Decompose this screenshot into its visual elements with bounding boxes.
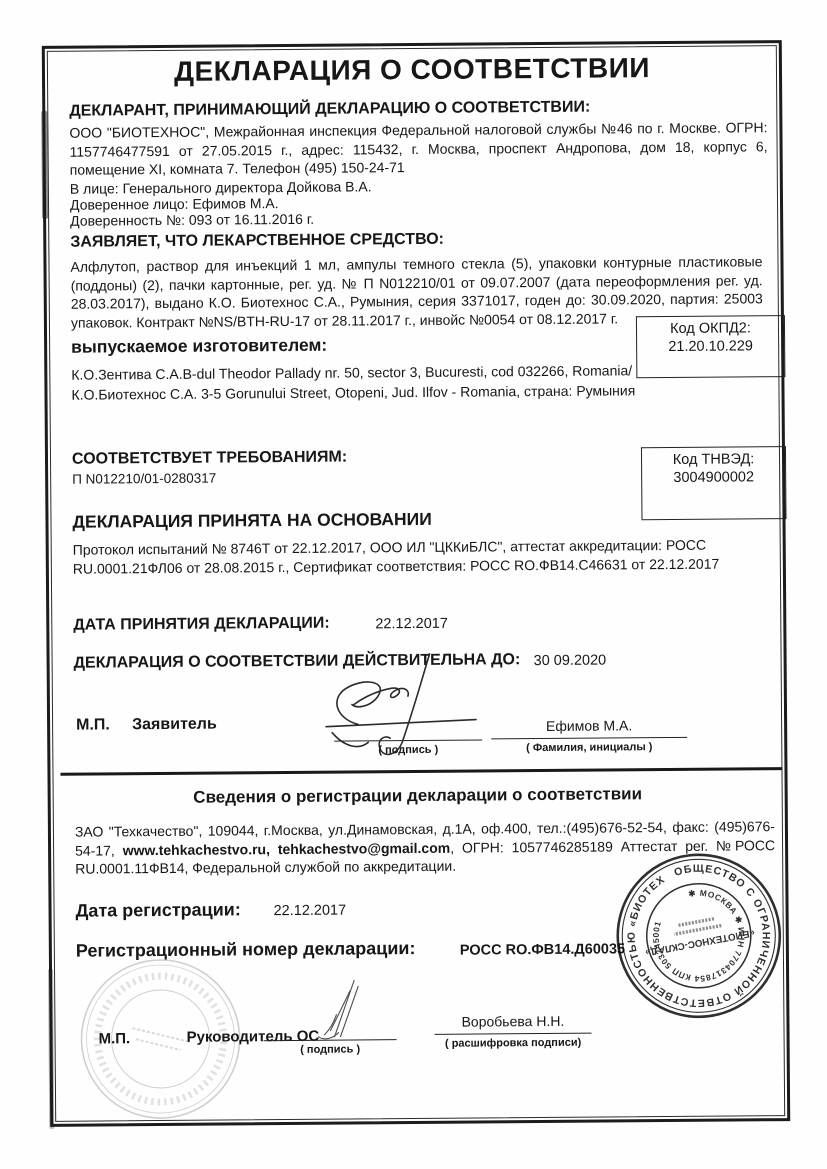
conformity-value: П N012210/01-0280317	[72, 471, 216, 488]
tnved-code-box: Код ТНВЭД: 3004900002	[641, 446, 787, 520]
basis-body: Протокол испытаний № 8746Т от 22.12.2017…	[73, 535, 773, 577]
declarant-heading: ДЕКЛАРАНТ, ПРИНИМАЮЩИЙ ДЕКЛАРАЦИЮ О СООТ…	[69, 99, 590, 121]
product-heading: ЗАЯВЛЯЕТ, ЧТО ЛЕКАРСТВЕННОЕ СРЕДСТВО:	[70, 231, 444, 252]
okpd2-code-box: Код ОКПД2: 21.20.10.229	[636, 315, 785, 378]
scan-smudge-artifact	[41, 111, 48, 219]
scanned-declaration-document: ДЕКЛАРАЦИЯ О СООТВЕТСТВИИ ДЕКЛАРАНТ, ПРИ…	[0, 0, 827, 1169]
registration-number-value: РОСС RO.ФВ14.Д60035	[460, 941, 625, 958]
signature1-name: Ефимов М.А.	[491, 717, 687, 735]
seal-place-label-2: М.П.	[99, 1030, 131, 1047]
okpd2-label: Код ОКПД2:	[637, 319, 784, 338]
section-divider	[60, 767, 782, 776]
document-title: ДЕКЛАРАЦИЯ О СООТВЕТСТВИИ	[45, 51, 779, 89]
registration-body-bold: www.tehkachestvo.ru, tehkachestvo@gmail.…	[123, 839, 451, 858]
conformity-heading: СООТВЕТСТВУЕТ ТРЕБОВАНИЯМ:	[72, 449, 347, 469]
declarant-trusted-person: Доверенное лицо: Ефимов М.А.	[70, 195, 279, 213]
applicant-role-label: Заявитель	[132, 716, 217, 735]
okpd2-value: 21.20.10.229	[637, 337, 784, 356]
registration-heading: Сведения о регистрации декларации о соот…	[51, 783, 785, 809]
registration-date-label: Дата регистрации:	[75, 899, 240, 921]
registrar-signature-icon	[296, 974, 377, 1045]
signature2-caption: ( подпись )	[264, 1043, 397, 1056]
tnved-label: Код ТНВЭД:	[642, 450, 785, 469]
seal-place-label: М.П.	[76, 716, 110, 734]
document-border-frame: ДЕКЛАРАЦИЯ О СООТВЕТСТВИИ ДЕКЛАРАНТ, ПРИ…	[42, 40, 790, 1127]
declarant-body: ООО "БИОТЕХНОС", Межрайонная инспекция Ф…	[69, 118, 767, 179]
signature1-name-line	[491, 737, 687, 740]
signature1-caption: ( подпись )	[334, 743, 482, 756]
adoption-date-label: ДАТА ПРИНЯТИЯ ДЕКЛАРАЦИИ:	[73, 615, 329, 635]
signature2-name: Воробьева Н.Н.	[434, 1013, 591, 1030]
signature2-name-caption: ( расшифровка подписи)	[435, 1037, 592, 1050]
registration-date-value: 22.12.2017	[274, 903, 347, 920]
declarant-power-of-attorney: Доверенность №: 093 от 16.11.2016 г.	[70, 211, 314, 229]
signature2-name-line	[435, 1033, 592, 1035]
adoption-date-value: 22.12.2017	[375, 616, 448, 633]
valid-until-value: 30 09.2020	[534, 653, 607, 670]
scan-smudge-artifact	[48, 969, 54, 1129]
manufacturer-heading: выпускаемое изготовителем:	[71, 335, 327, 358]
signature1-name-caption: ( Фамилия, инициалы )	[491, 741, 687, 755]
manufacturer-body: К.О.Зентива С.А.B-dul Theodor Pallady nr…	[71, 360, 649, 405]
tnved-value: 3004900002	[642, 468, 785, 487]
basis-heading: ДЕКЛАРАЦИЯ ПРИНЯТА НА ОСНОВАНИИ	[72, 509, 431, 533]
declarant-in-person: В лице: Генерального директора Дойкова В…	[70, 178, 372, 196]
